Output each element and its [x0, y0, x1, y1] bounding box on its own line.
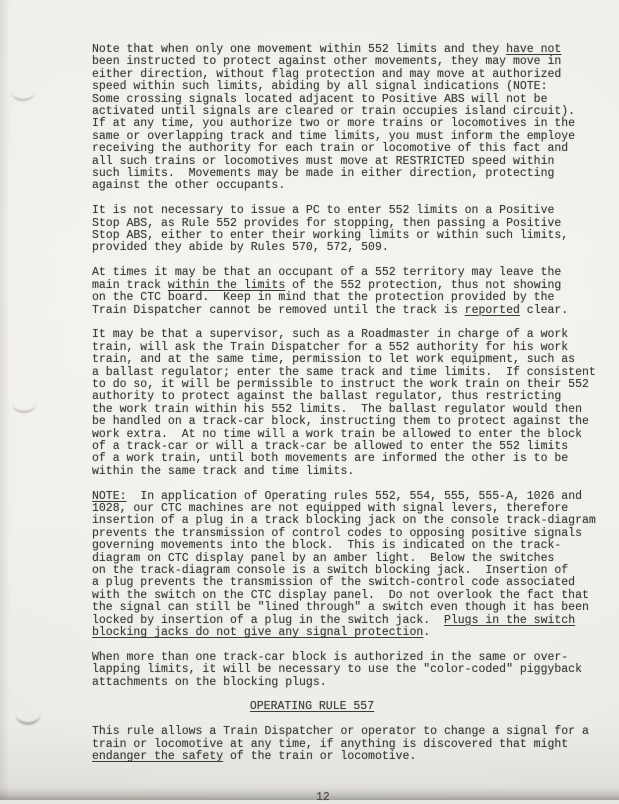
paragraph: It is not necessary to issue a PC to ent…	[92, 205, 606, 255]
text-segment: work extra. At no time will a work train…	[92, 428, 582, 441]
text-segment: Stop ABS, as Rule 552 provides for stopp…	[92, 217, 561, 230]
text-segment: Some crossing signals located adjacent t…	[92, 93, 547, 106]
text-segment: main track	[92, 279, 168, 292]
section-heading: OPERATING RULE 557	[92, 701, 532, 713]
text-line: against the other occupants.	[92, 180, 606, 192]
text-segment: speed within such limits, abiding by all…	[92, 80, 547, 93]
underlined-text: reported	[465, 304, 520, 317]
text-segment: within the same track and time limits.	[92, 465, 354, 478]
text-segment: If at any time, you authorize two or mor…	[92, 117, 575, 130]
text-segment: to do so, it will be permissible to inst…	[92, 378, 589, 391]
text-segment: authority to protect against the ballast…	[92, 390, 561, 403]
text-segment: This rule allows a Train Dispatcher or o…	[92, 725, 589, 738]
underlined-text: NOTE:	[92, 490, 127, 503]
text-segment: In application of Operating rules 552, 5…	[127, 490, 582, 503]
text-segment: with the switch on the CTC display panel…	[92, 589, 589, 602]
text-segment: At times it may be that an occupant of a…	[92, 266, 561, 279]
paragraph: It may be that a supervisor, such as a R…	[92, 329, 606, 478]
text-segment: of the train or locomotive.	[223, 750, 416, 763]
text-segment: of the 552 protection, thus not showing	[285, 279, 561, 292]
text-segment: governing movements into the block. This…	[92, 539, 561, 552]
text-segment: of a work train, until both movements ar…	[92, 452, 568, 465]
text-segment: attachments on the blocking plugs.	[92, 676, 327, 689]
text-segment: the work train within his 552 limits. Th…	[92, 403, 582, 416]
text-line: endanger the safety of the train or loco…	[92, 751, 606, 763]
text-segment: train or locomotive at any time, if anyt…	[92, 738, 568, 751]
text-segment: a ballast regulator; enter the same trac…	[92, 366, 596, 379]
text-segment: the signal can still be "lined through" …	[92, 601, 589, 614]
text-segment: When more than one track-car block is au…	[92, 651, 568, 664]
text-segment: been instructed to protect against other…	[92, 55, 561, 68]
text-segment: a plug prevents the transmission of the …	[92, 576, 575, 589]
text-line: within the same track and time limits.	[92, 466, 606, 478]
text-segment: either direction, without flag protectio…	[92, 68, 561, 81]
text-segment: It is not necessary to issue a PC to ent…	[92, 204, 554, 217]
text-segment: It may be that a supervisor, such as a R…	[92, 328, 568, 341]
underlined-text: blocking jacks do not give any signal pr…	[92, 626, 423, 639]
text-segment: train, and at the same time, permission …	[92, 353, 575, 366]
text-segment: on the CTC board. Keep in mind that the …	[92, 291, 554, 304]
underlined-text: within the limits	[168, 279, 285, 292]
punch-hole-shadow	[15, 701, 41, 725]
paragraph: This rule allows a Train Dispatcher or o…	[92, 726, 606, 763]
paragraph: NOTE: In application of Operating rules …	[92, 491, 606, 640]
text-segment: of a track-car or will a track-car be al…	[92, 440, 568, 453]
text-segment: prevents the transmission of control cod…	[92, 527, 582, 540]
text-segment: same or overlapping track and time limit…	[92, 130, 575, 143]
paragraph: When more than one track-car block is au…	[92, 652, 606, 689]
text-segment: Train Dispatcher cannot be removed until…	[92, 304, 465, 317]
text-segment: clear.	[520, 304, 568, 317]
scan-left-shadow	[0, 0, 10, 800]
paragraph: Note that when only one movement within …	[92, 44, 606, 193]
document-body: Note that when only one movement within …	[92, 44, 606, 776]
underlined-text: OPERATING RULE 557	[250, 700, 374, 713]
text-segment: train, will ask the Train Dispatcher for…	[92, 341, 568, 354]
text-segment: receiving the authority for each train o…	[92, 142, 568, 155]
text-line: attachments on the blocking plugs.	[92, 677, 606, 689]
text-segment: provided they abide by Rules 570, 572, 5…	[92, 241, 389, 254]
text-line: blocking jacks do not give any signal pr…	[92, 627, 606, 639]
punch-hole-shadow	[12, 394, 36, 413]
text-segment: diagram on CTC display panel by an amber…	[92, 552, 554, 565]
punch-hole-shadow	[11, 82, 35, 101]
text-segment: insertion of a plug in a track blocking …	[92, 514, 596, 527]
text-segment: .	[423, 626, 430, 639]
underlined-text: endanger the safety	[92, 750, 223, 763]
text-segment: be handled on a track-car block, instruc…	[92, 415, 589, 428]
text-segment: locked by insertion of a plug in the swi…	[92, 614, 444, 627]
underlined-text: Plugs in the switch	[444, 614, 575, 627]
scanned-page: Note that when only one movement within …	[0, 0, 619, 800]
scan-bottom-shadow	[0, 788, 619, 800]
text-line: Train Dispatcher cannot be removed until…	[92, 305, 606, 317]
text-line: OPERATING RULE 557	[92, 701, 532, 713]
text-segment: lapping limits, it will be necessary to …	[92, 663, 582, 676]
text-segment: all such trains or locomotives must move…	[92, 155, 554, 168]
paragraph: At times it may be that an occupant of a…	[92, 267, 606, 317]
text-segment: against the other occupants.	[92, 179, 285, 192]
text-line: provided they abide by Rules 570, 572, 5…	[92, 242, 606, 254]
